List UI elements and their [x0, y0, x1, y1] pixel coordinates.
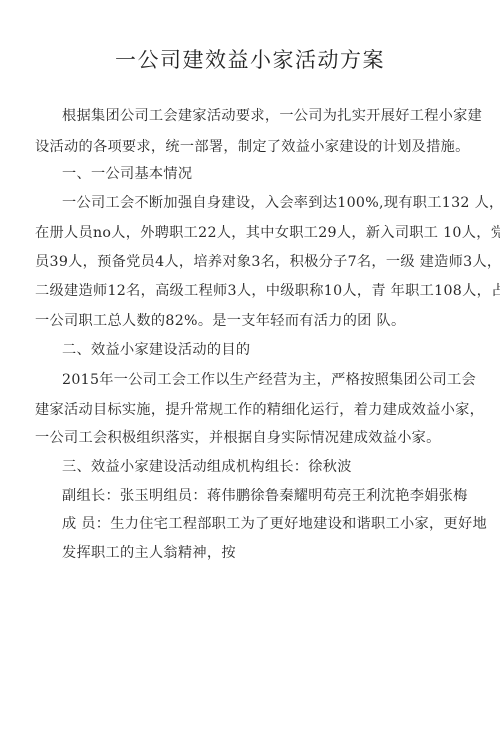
paragraph-line: 建家活动目标实施，提升常规工作的精细化运行，着力建成效益小家， [35, 400, 484, 420]
paragraph-line: 设活动的各项要求，统一部署，制定了效益小家建设的计划及措施。 [35, 137, 470, 157]
paragraph-line: 一公司职工总人数的82%。是一支年轻而有活力的团 队。 [35, 311, 405, 331]
section-heading: 一、一公司基本情况 [62, 164, 192, 184]
paragraph-line: 根据集团公司工会建家活动要求，一公司为扎实开展好工程小家建 [62, 106, 482, 126]
paragraph-line: 员39人，预备党员4人，培养对象3名，积极分子7名，一级 建造师3人， [35, 252, 500, 272]
section-heading: 二、效益小家建设活动的目的 [62, 340, 250, 360]
paragraph-line: 副组长：张玉明组员：蒋伟鹏徐鲁秦耀明苟亮王利沈艳李娟张梅 [62, 486, 468, 506]
paragraph-line: 一公司工会积极组织落实，并根据自身实际情况建成效益小家。 [35, 428, 441, 448]
paragraph-line: 一公司工会不断加强自身建设，入会率到达100%,现有职工132 人， [62, 193, 500, 213]
paragraph-line: 在册人员no人，外聘职工22人，其中女职工29人，新入司职工 10人，党 [35, 223, 500, 243]
paragraph-line: 二级建造师12名，高级工程师3人，中级职称10人，青 年职工108人，占 [35, 281, 500, 301]
paragraph-line: 成 员：生力住宅工程部职工为了更好地建设和谐职工小家，更好地 [62, 514, 487, 534]
document-page: 一公司建效益小家活动方案 根据集团公司工会建家活动要求，一公司为扎实开展好工程小… [0, 0, 500, 731]
paragraph-line: 发挥职工的主人翁精神，按 [62, 543, 236, 563]
section-heading: 三、效益小家建设活动组成机构组长：徐秋波 [62, 457, 352, 477]
paragraph-line: 2015年一公司工会工作以生产经营为主，严格按照集团公司工会 [62, 370, 476, 390]
document-title: 一公司建效益小家活动方案 [0, 46, 500, 74]
